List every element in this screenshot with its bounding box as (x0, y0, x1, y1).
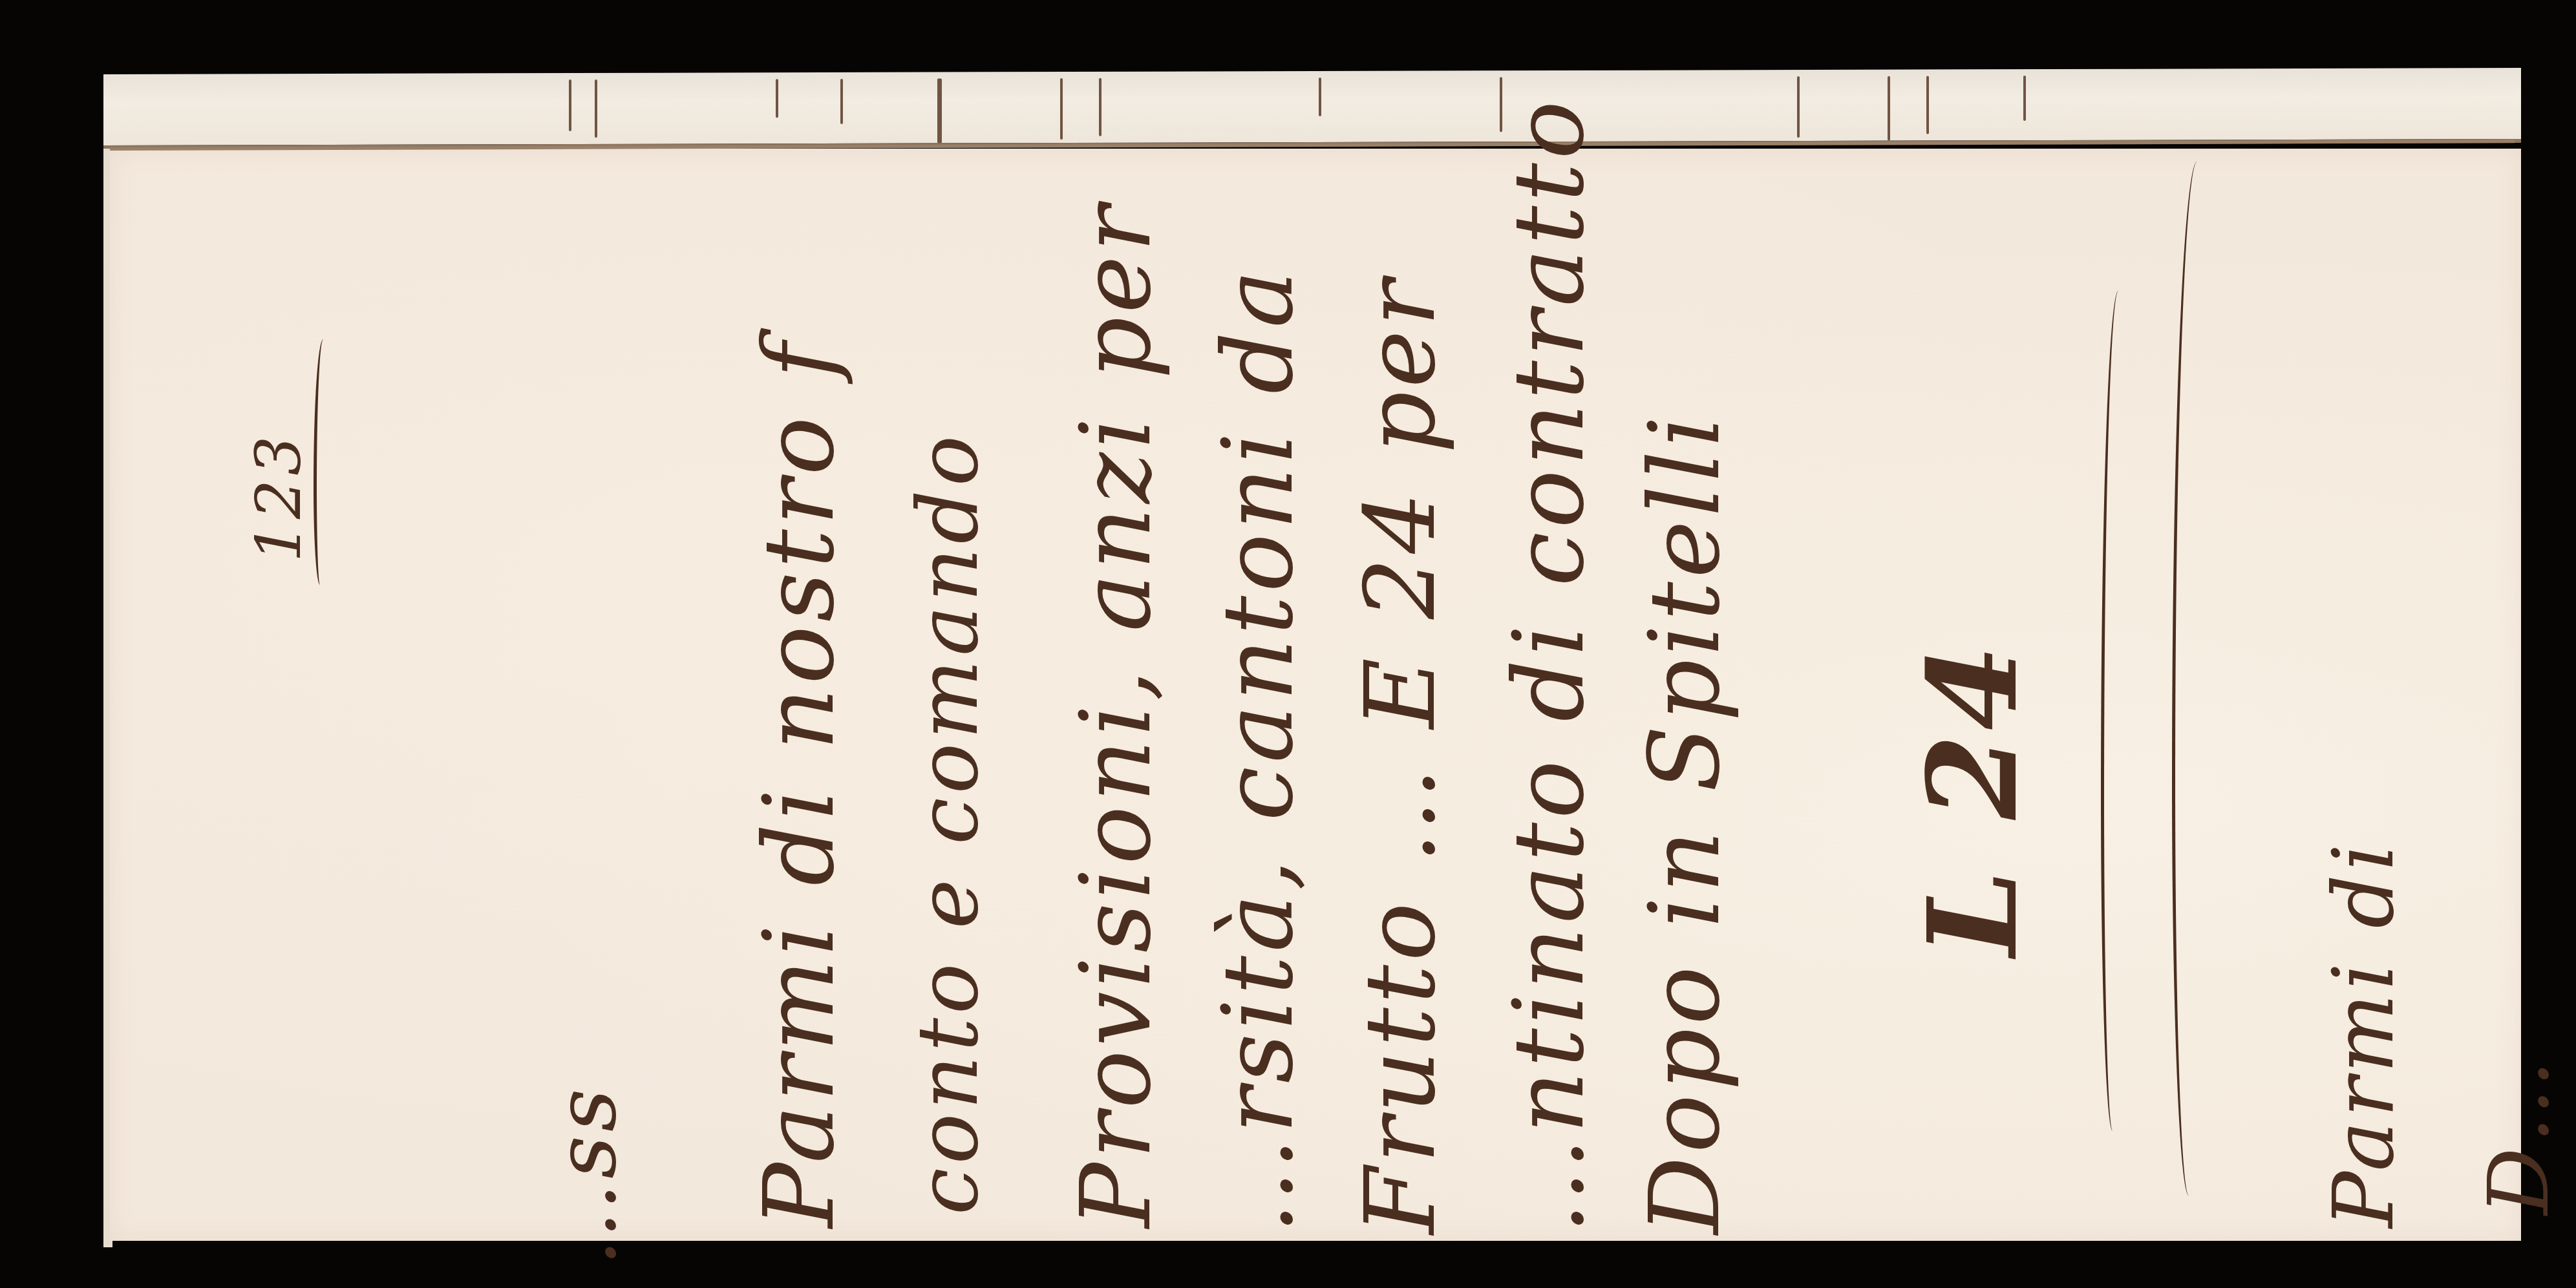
ink-stroke (776, 79, 778, 118)
ink-stroke (1797, 76, 1800, 138)
ink-stroke (595, 79, 597, 138)
handwriting-line-2: Parmi di nostro f (743, 339, 856, 1228)
handwriting-line-8: Dopo in Spitelli (1629, 412, 1741, 1234)
folded-flap (103, 68, 2521, 149)
letter-sheet (110, 149, 2521, 1241)
handwriting-line-4: Provisioni, anzi per (1060, 202, 1173, 1228)
handwriting-line-7: …ntinato di contratto (1493, 97, 1606, 1234)
handwriting-line-3: conto e comando (899, 432, 997, 1215)
page-number: 123 (242, 432, 315, 562)
handwriting-line-6: Frutto … E 24 per (1345, 276, 1457, 1234)
ink-stroke (937, 79, 942, 143)
handwriting-line-1: …ss (537, 1085, 635, 1267)
document-scan: 123 …ss Parmi di nostro f conto e comand… (0, 0, 2576, 1288)
right-edge-fragment-1: Parmi di (2314, 840, 2412, 1228)
ink-stroke (2023, 76, 2026, 121)
ink-stroke (1926, 76, 1929, 134)
handwriting-line-5: …rsità, cantoni da (1202, 266, 1315, 1234)
right-edge-fragment-2: D… (2469, 1056, 2568, 1215)
ink-stroke (840, 79, 843, 124)
ink-stroke (1060, 78, 1063, 140)
ink-stroke (1099, 78, 1102, 136)
ink-stroke (1888, 76, 1890, 141)
ink-stroke (569, 79, 571, 131)
ink-stroke (1319, 78, 1321, 116)
amount: L 24 (1900, 641, 2045, 956)
